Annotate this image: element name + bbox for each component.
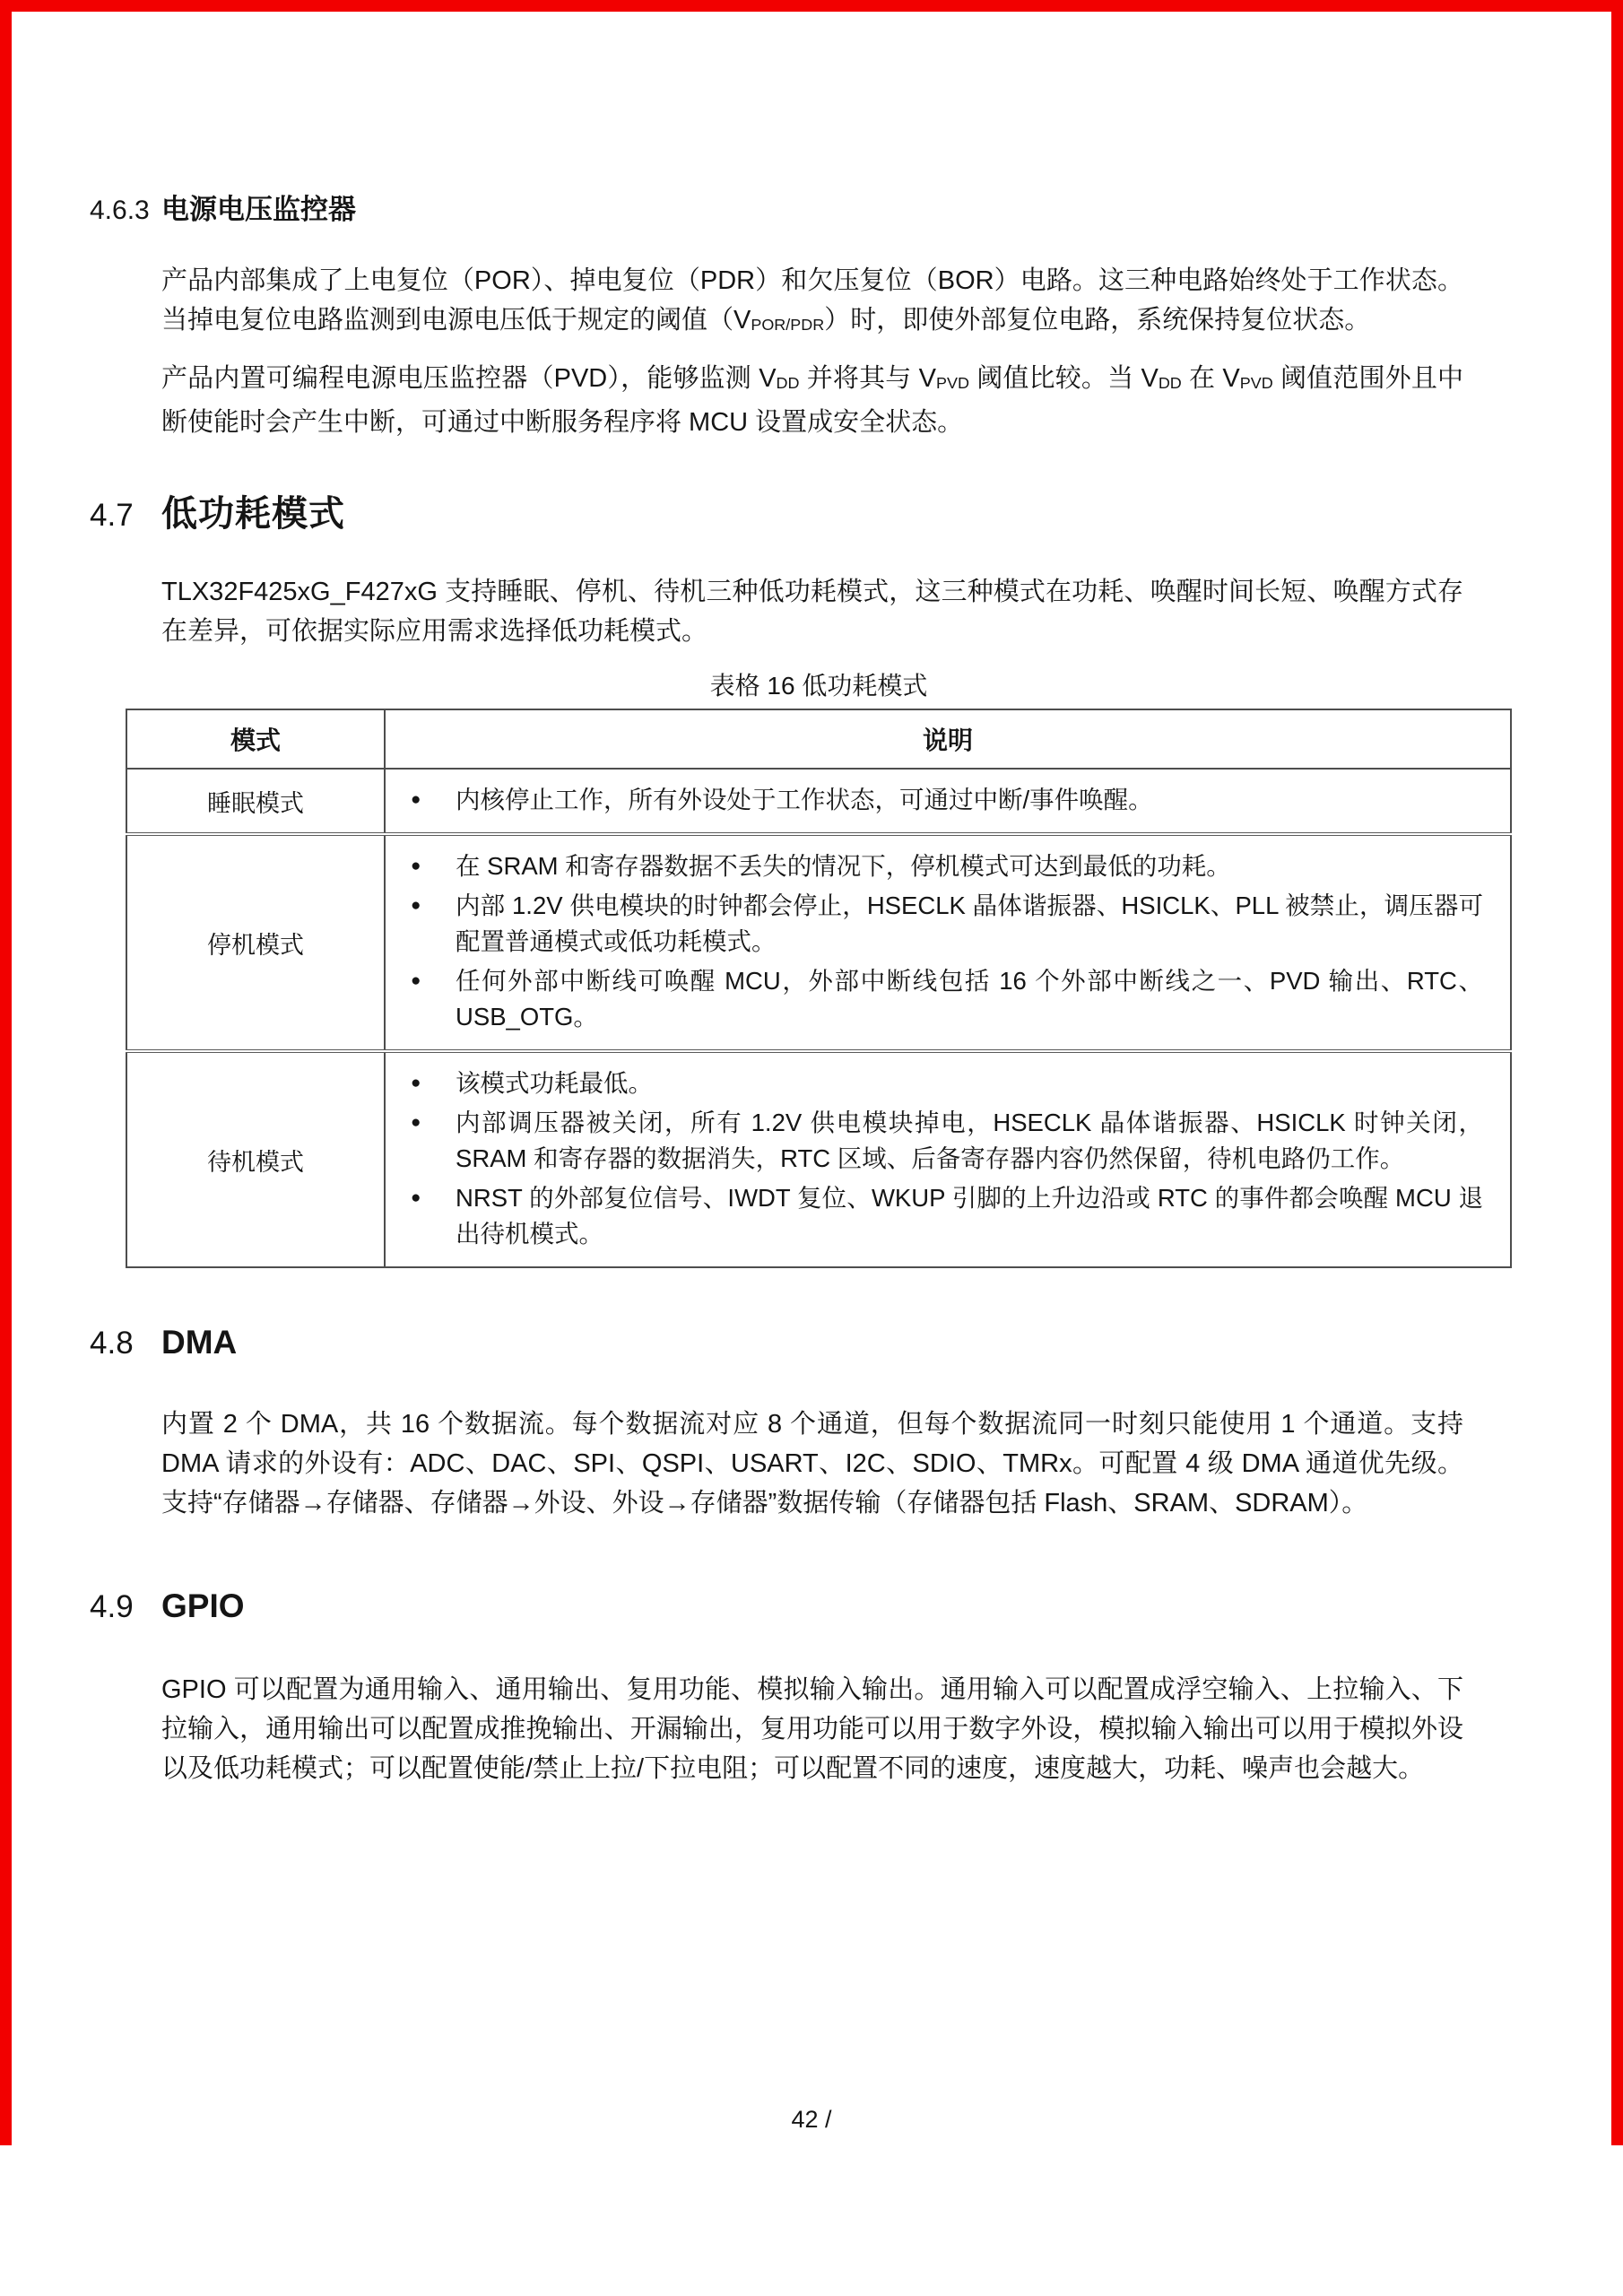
table-header-desc: 说明 [385, 709, 1511, 769]
section-number: 4.7 [90, 498, 161, 534]
section-number: 4.9 [90, 1589, 161, 1625]
section-heading-4-9: 4.9 GPIO [90, 1587, 1463, 1625]
section-title: DMA [161, 1324, 237, 1361]
paragraph-dma: 内置 2 个 DMA，共 16 个数据流。每个数据流对应 8 个通道，但每个数据… [161, 1405, 1463, 1523]
bullet-text: 在 SRAM 和寄存器数据不丢失的情况下，停机模式可达到最低的功耗。 [456, 848, 1483, 884]
bullet-text: 内部 1.2V 供电模块的时钟都会停止，HSECLK 晶体谐振器、HSICLK、… [456, 888, 1483, 960]
bullet-item: ● 内部 1.2V 供电模块的时钟都会停止，HSECLK 晶体谐振器、HSICL… [386, 888, 1483, 960]
bullet-text: 内核停止工作，所有外设处于工作状态，可通过中断/事件唤醒。 [456, 782, 1483, 818]
section-number: 4.6.3 [90, 196, 161, 226]
table-row-stop: 停机模式 ● 在 SRAM 和寄存器数据不丢失的情况下，停机模式可达到最低的功耗… [126, 834, 1511, 1051]
bullet-dot-icon: ● [386, 963, 456, 1035]
bullet-item: ● 内核停止工作，所有外设处于工作状态，可通过中断/事件唤醒。 [386, 782, 1483, 818]
table-caption: 表格 16 低功耗模式 [126, 671, 1512, 701]
table-row-standby: 待机模式 ● 该模式功耗最低。 ● 内部调压器被关闭，所有 1.2V 供电模块掉… [126, 1051, 1511, 1267]
table-header-mode: 模式 [126, 709, 385, 769]
table-row-sleep: 睡眠模式 ● 内核停止工作，所有外设处于工作状态，可通过中断/事件唤醒。 [126, 769, 1511, 834]
bullet-text: NRST 的外部复位信号、IWDT 复位、WKUP 引脚的上升边沿或 RTC 的… [456, 1180, 1483, 1252]
paragraph-pvd: 产品内置可编程电源电压监控器（PVD），能够监测 VDD 并将其与 VPVD 阈… [161, 359, 1463, 442]
bullet-text: 该模式功耗最低。 [456, 1065, 1483, 1101]
mode-cell: 睡眠模式 [126, 769, 385, 834]
bullet-dot-icon: ● [386, 1065, 456, 1101]
section-number: 4.8 [90, 1326, 161, 1361]
section-title: GPIO [161, 1587, 245, 1625]
desc-cell: ● 内核停止工作，所有外设处于工作状态，可通过中断/事件唤醒。 [385, 769, 1511, 834]
section-title: 电源电压监控器 [161, 187, 356, 227]
paragraph-low-power-intro: TLX32F425xG_F427xG 支持睡眠、停机、待机三种低功耗模式，这三种… [161, 572, 1463, 651]
bullet-text: 任何外部中断线可唤醒 MCU，外部中断线包括 16 个外部中断线之一、PVD 输… [456, 963, 1483, 1035]
bullet-dot-icon: ● [386, 848, 456, 884]
bullet-dot-icon: ● [386, 1105, 456, 1177]
section-heading-4-7: 4.7 低功耗模式 [90, 485, 1463, 536]
section-heading-4-8: 4.8 DMA [90, 1324, 1463, 1361]
bullet-item: ● 在 SRAM 和寄存器数据不丢失的情况下，停机模式可达到最低的功耗。 [386, 848, 1483, 884]
bullet-item: ● 任何外部中断线可唤醒 MCU，外部中断线包括 16 个外部中断线之一、PVD… [386, 963, 1483, 1035]
bullet-dot-icon: ● [386, 1180, 456, 1252]
bullet-item: ● 该模式功耗最低。 [386, 1065, 1483, 1101]
bullet-text: 内部调压器被关闭，所有 1.2V 供电模块掉电，HSECLK 晶体谐振器、HSI… [456, 1105, 1483, 1177]
paragraph-gpio: GPIO 可以配置为通用输入、通用输出、复用功能、模拟输入输出。通用输入可以配置… [161, 1670, 1463, 1788]
page-content: 4.6.3 电源电压监控器 产品内部集成了上电复位（POR）、掉电复位（PDR）… [0, 0, 1623, 1788]
table-header-row: 模式 说明 [126, 709, 1511, 769]
mode-cell: 待机模式 [126, 1051, 385, 1267]
section-heading-4-6-3: 4.6.3 电源电压监控器 [90, 187, 1463, 227]
bullet-dot-icon: ● [386, 782, 456, 818]
bullet-dot-icon: ● [386, 888, 456, 960]
desc-cell: ● 该模式功耗最低。 ● 内部调压器被关闭，所有 1.2V 供电模块掉电，HSE… [385, 1051, 1511, 1267]
document-page: 4.6.3 电源电压监控器 产品内部集成了上电复位（POR）、掉电复位（PDR）… [0, 0, 1623, 2296]
bullet-item: ● 内部调压器被关闭，所有 1.2V 供电模块掉电，HSECLK 晶体谐振器、H… [386, 1105, 1483, 1177]
bullet-item: ● NRST 的外部复位信号、IWDT 复位、WKUP 引脚的上升边沿或 RTC… [386, 1180, 1483, 1252]
low-power-mode-table: 模式 说明 睡眠模式 ● 内核停止工作，所有外设处于工作状态，可通过中断/事件唤… [126, 709, 1512, 1268]
desc-cell: ● 在 SRAM 和寄存器数据不丢失的情况下，停机模式可达到最低的功耗。 ● 内… [385, 834, 1511, 1051]
paragraph-por-pdr-bor: 产品内部集成了上电复位（POR）、掉电复位（PDR）和欠压复位（BOR）电路。这… [161, 261, 1463, 344]
mode-cell: 停机模式 [126, 834, 385, 1051]
page-number: 42 / [0, 2106, 1623, 2134]
section-title: 低功耗模式 [161, 485, 345, 536]
